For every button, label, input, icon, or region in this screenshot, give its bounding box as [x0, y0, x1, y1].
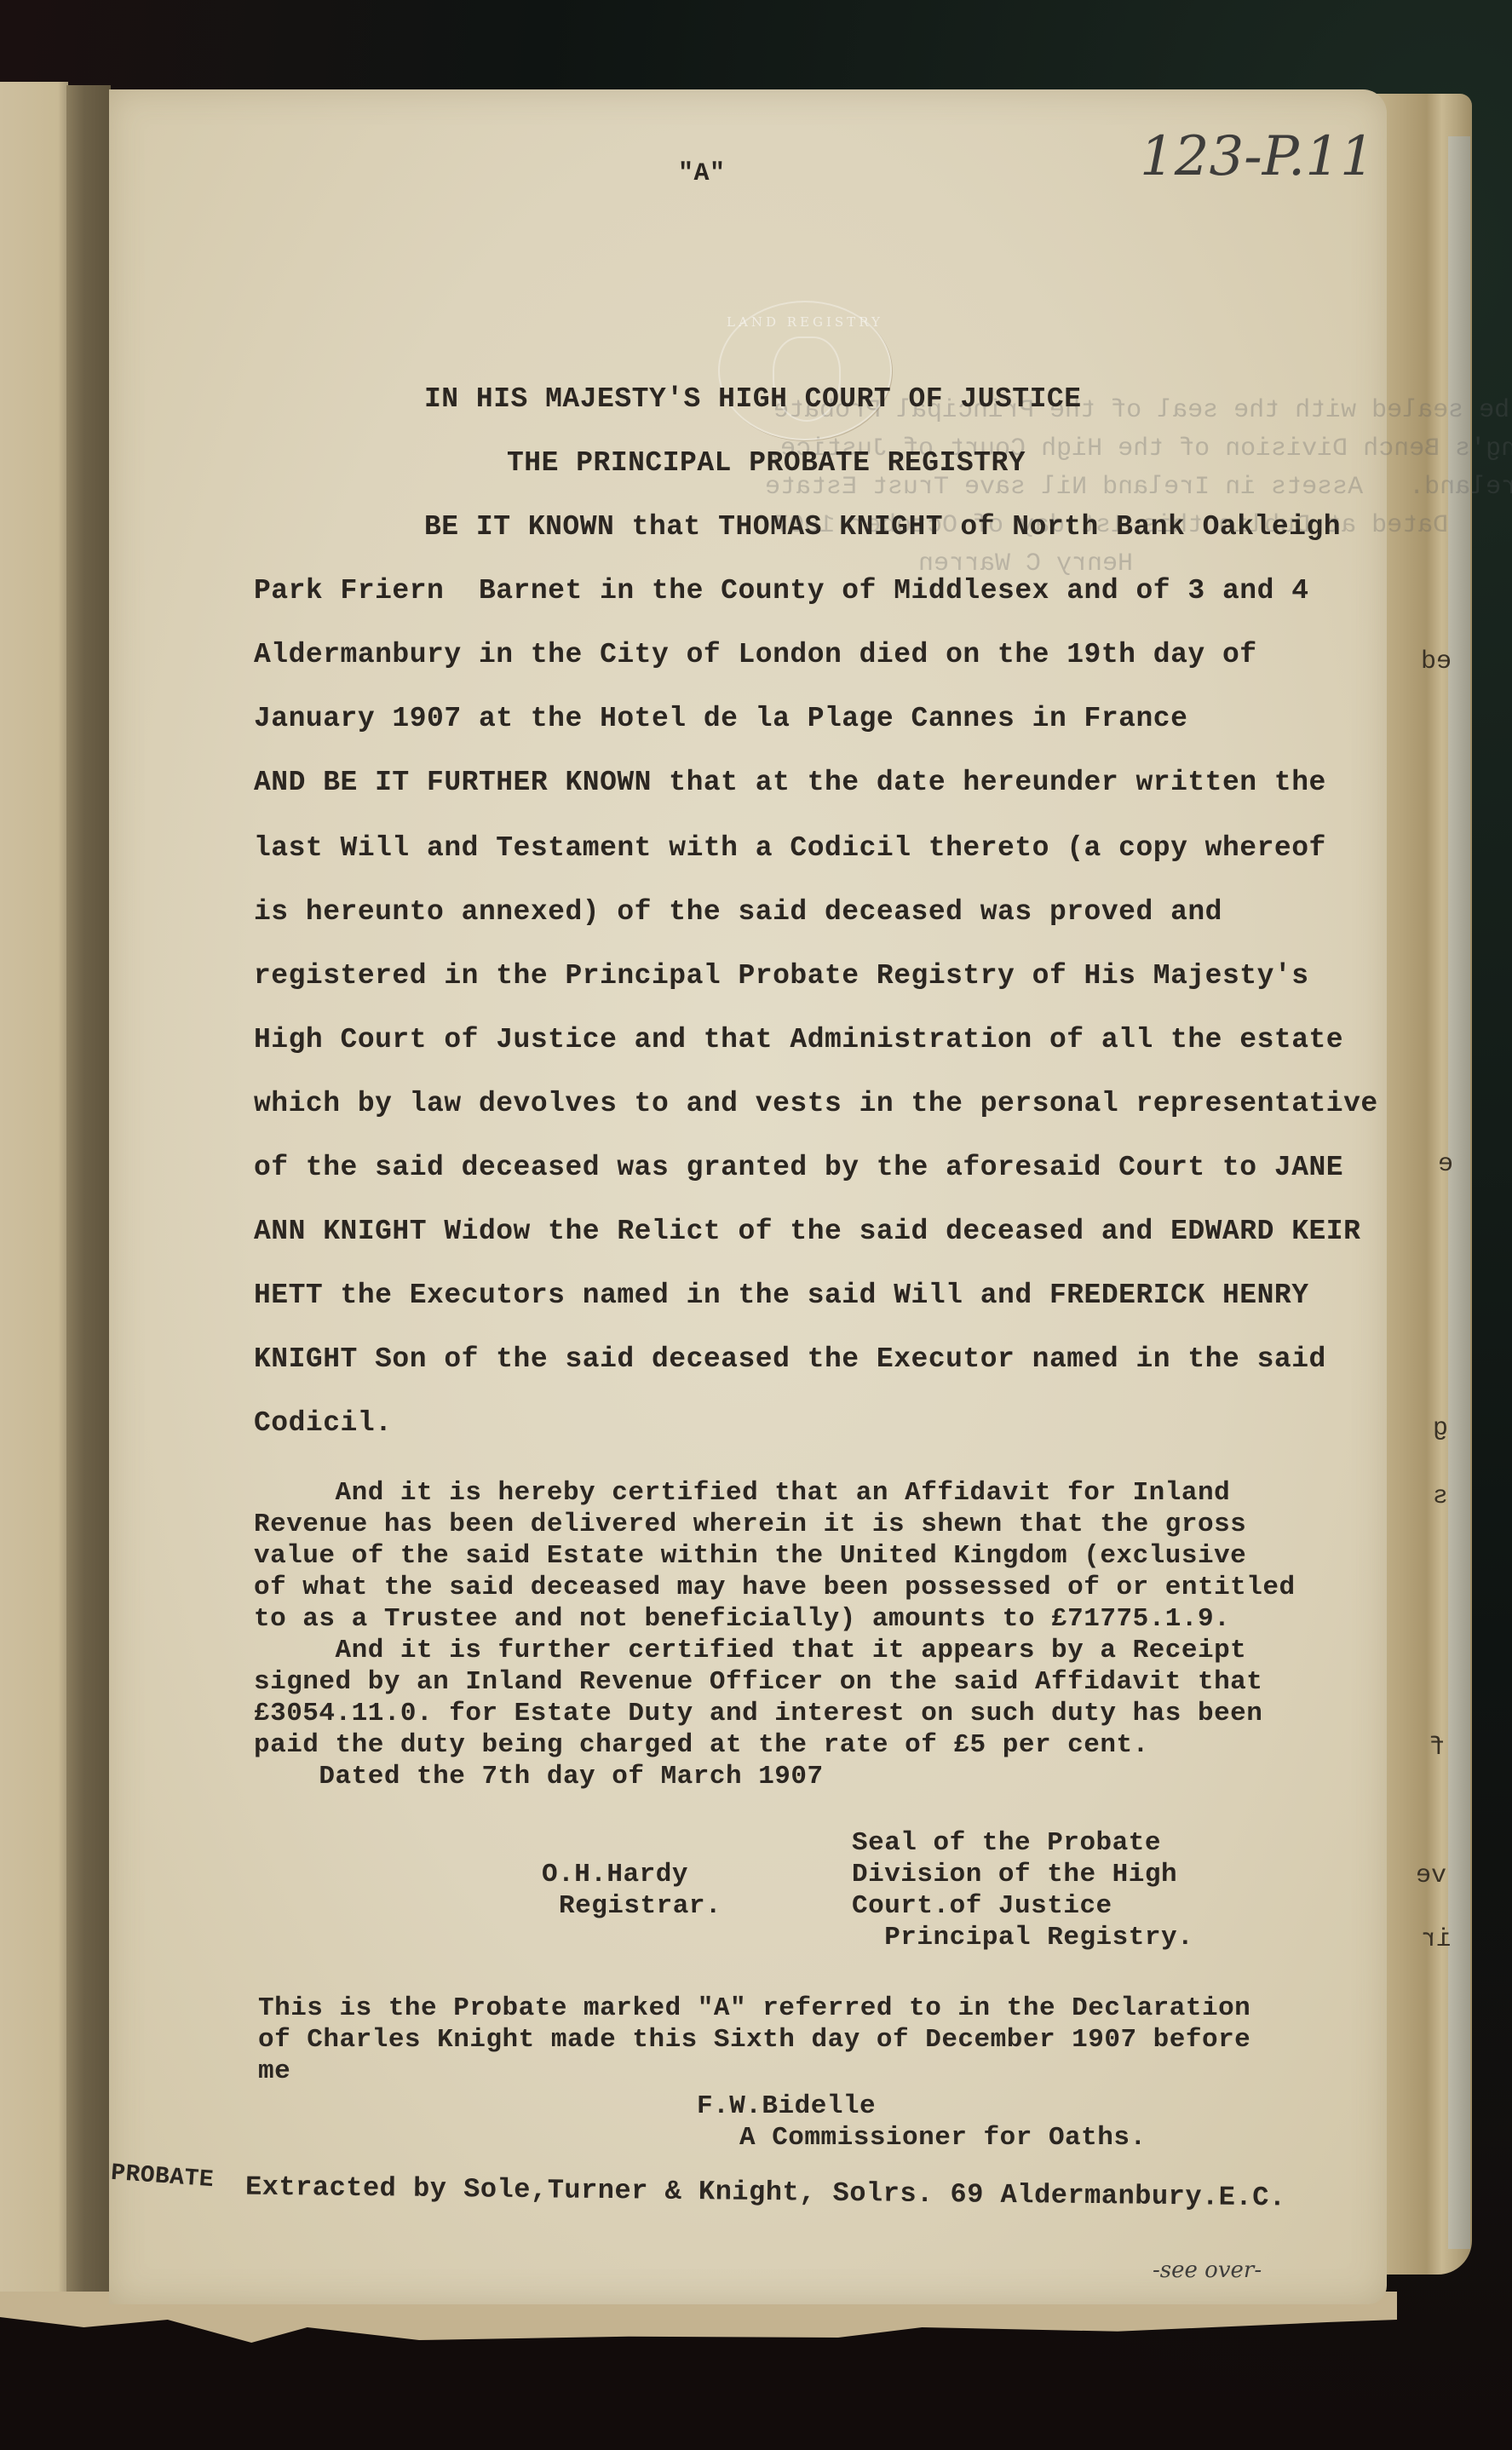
certification-line: to as a Trustee and not beneficially) am…	[254, 1604, 1230, 1634]
commissioner-title: A Commissioner for Oaths.	[739, 2123, 1147, 2153]
grant-line: Park Friern Barnet in the County of Midd…	[254, 575, 1309, 607]
seal-block-line: Division of the High	[852, 1860, 1177, 1889]
grant-line: is hereunto annexed) of the said decease…	[254, 896, 1222, 928]
margin-fragment: s	[1433, 1482, 1448, 1511]
certification-line: £3054.11.0. for Estate Duty and interest…	[254, 1699, 1262, 1728]
grant-line: High Court of Justice and that Administr…	[254, 1024, 1343, 1055]
margin-fragment: ed	[1421, 647, 1452, 676]
declaration-line: This is the Probate marked "A" referred …	[258, 1993, 1250, 2023]
grant-line: Codicil.	[254, 1407, 392, 1439]
certification-line: value of the said Estate within the Unit…	[254, 1541, 1246, 1571]
seal-block-line: Court.of Justice	[852, 1891, 1112, 1921]
certification-line: Revenue has been delivered wherein it is…	[254, 1510, 1246, 1539]
embossed-seal: LAND REGISTRY	[718, 301, 892, 440]
probate-label: PROBATE	[110, 2160, 215, 2194]
certification-line: of what the said deceased may have been …	[254, 1573, 1296, 1602]
grant-line: Aldermanbury in the City of London died …	[254, 639, 1257, 670]
extracted-by-line: Extracted by Sole,Turner & Knight, Solrs…	[245, 2171, 1286, 2214]
grant-line: which by law devolves to and vests in th…	[254, 1088, 1378, 1119]
bleed-through-line: Henry C Warren	[918, 549, 1133, 578]
grant-line: AND BE IT FURTHER KNOWN that at the date…	[254, 767, 1326, 798]
certification-line: And it is further certified that it appe…	[254, 1636, 1246, 1665]
grant-line: last Will and Testament with a Codicil t…	[254, 832, 1326, 864]
grant-line: BE IT KNOWN that THOMAS KNIGHT of North …	[424, 511, 1341, 543]
grant-line: of the said deceased was granted by the …	[254, 1152, 1343, 1183]
grant-line: registered in the Principal Probate Regi…	[254, 960, 1309, 992]
court-heading: IN HIS MAJESTY'S HIGH COURT OF JUSTICE	[424, 383, 1082, 415]
certification-line: signed by an Inland Revenue Officer on t…	[254, 1667, 1262, 1697]
commissioner-name: F.W.Bidelle	[697, 2091, 876, 2121]
declaration-line: of Charles Knight made this Sixth day of…	[258, 2025, 1250, 2055]
declaration-line: me	[258, 2056, 290, 2086]
margin-fragment: g	[1433, 1414, 1448, 1443]
seal-block-line: Seal of the Probate	[852, 1828, 1161, 1858]
registrar-title: Registrar.	[559, 1891, 722, 1921]
registrar-name: O.H.Hardy	[542, 1860, 688, 1889]
margin-fragment: f	[1429, 1734, 1445, 1763]
probate-document-page: Let this Grant be sealed with the seal o…	[109, 89, 1387, 2304]
seal-text: LAND REGISTRY	[720, 314, 890, 330]
see-over-note: -see over-	[1153, 2257, 1262, 2283]
handwritten-reference: 123-P.11	[1140, 125, 1375, 188]
dated-line: Dated the 7th day of March 1907	[254, 1762, 824, 1791]
margin-fragment: ir	[1421, 1925, 1452, 1954]
grant-line: ANN KNIGHT Widow the Relict of the said …	[254, 1216, 1360, 1247]
exhibit-marker: "A"	[678, 159, 726, 188]
left-page-edge	[0, 82, 68, 2314]
grant-line: HETT the Executors named in the said Wil…	[254, 1280, 1309, 1311]
margin-fragment: e	[1438, 1150, 1453, 1179]
grant-line: KNIGHT Son of the said deceased the Exec…	[254, 1343, 1326, 1375]
registry-heading: THE PRINCIPAL PROBATE REGISTRY	[507, 447, 1026, 479]
certification-line: And it is hereby certified that an Affid…	[254, 1478, 1230, 1508]
grant-line: January 1907 at the Hotel de la Plage Ca…	[254, 703, 1187, 734]
book-gutter	[66, 85, 111, 2313]
seal-block-line: Principal Registry.	[852, 1923, 1193, 1953]
certification-line: paid the duty being charged at the rate …	[254, 1730, 1149, 1760]
margin-fragment: ve	[1416, 1861, 1446, 1890]
